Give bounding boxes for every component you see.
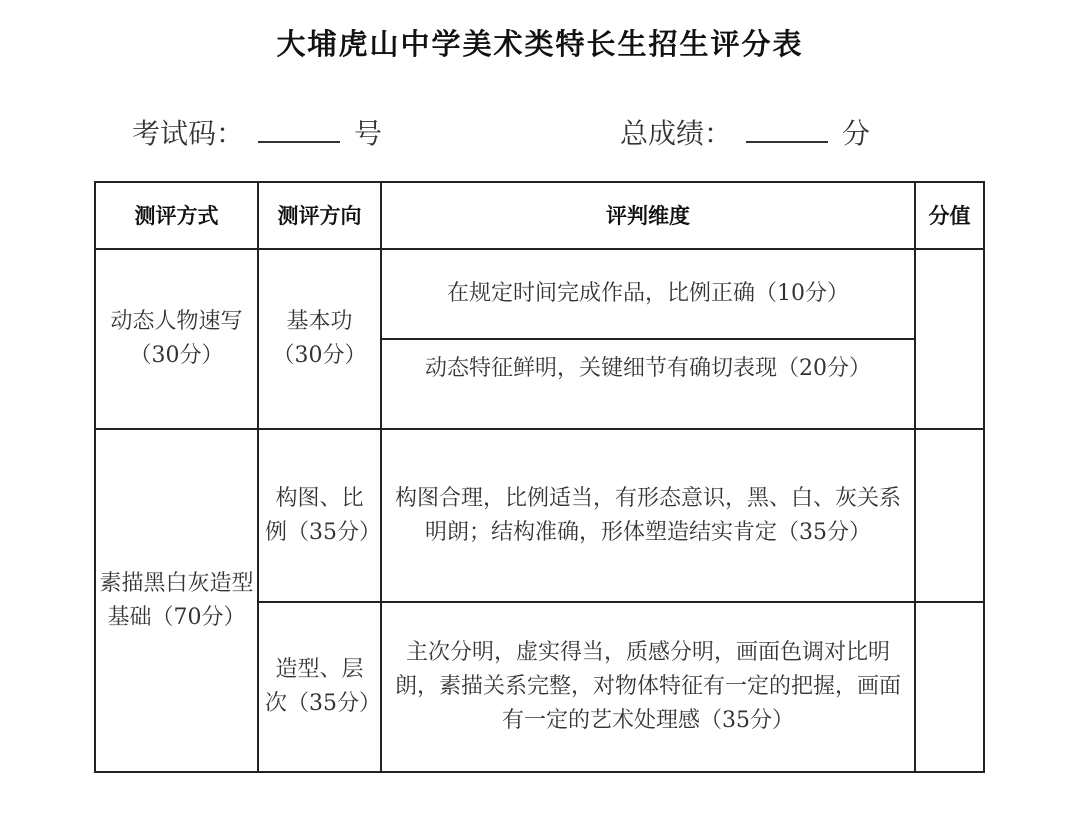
header-criteria: 评判维度 <box>381 182 915 249</box>
direction-cell: 造型、层次（35分） <box>258 602 381 772</box>
score-cell[interactable] <box>915 429 984 602</box>
header-row: 测评方式 测评方向 评判维度 分值 <box>95 182 984 249</box>
method-cell: 动态人物速写（30分） <box>95 249 258 429</box>
exam-code-row: 考试码：号 <box>132 112 382 152</box>
header-score: 分值 <box>915 182 984 249</box>
total-score-row: 总成绩：分 <box>620 112 870 152</box>
exam-code-suffix: 号 <box>354 117 382 150</box>
table-row: 素描黑白灰造型基础（70分） 构图、比例（35分） 构图合理，比例适当，有形态意… <box>95 429 984 602</box>
criteria-cell: 主次分明，虚实得当，质感分明，画面色调对比明朗，素描关系完整，对物体特征有一定的… <box>381 602 915 772</box>
criteria-cell: 构图合理，比例适当，有形态意识，黑、白、灰关系明朗；结构准确，形体塑造结实肯定（… <box>381 429 915 602</box>
score-cell[interactable] <box>915 249 984 429</box>
score-cell[interactable] <box>915 602 984 772</box>
direction-cell: 构图、比例（35分） <box>258 429 381 602</box>
criteria-cell: 在规定时间完成作品，比例正确（10分） <box>381 249 915 339</box>
header-direction: 测评方向 <box>258 182 381 249</box>
page-title: 大埔虎山中学美术类特长生招生评分表 <box>0 22 1080 63</box>
table-row: 动态人物速写（30分） 基本功（30分） 在规定时间完成作品，比例正确（10分） <box>95 249 984 339</box>
total-score-field[interactable] <box>746 115 828 143</box>
criteria-cell: 动态特征鲜明，关键细节有确切表现（20分） <box>381 339 915 429</box>
direction-cell: 基本功（30分） <box>258 249 381 429</box>
header-method: 测评方式 <box>95 182 258 249</box>
total-score-suffix: 分 <box>842 117 870 150</box>
total-score-label: 总成绩： <box>620 117 732 150</box>
method-cell: 素描黑白灰造型基础（70分） <box>95 429 258 772</box>
exam-code-label: 考试码： <box>132 117 244 150</box>
exam-code-field[interactable] <box>258 115 340 143</box>
scoring-table: 测评方式 测评方向 评判维度 分值 动态人物速写（30分） 基本功（30分） 在… <box>94 181 985 773</box>
